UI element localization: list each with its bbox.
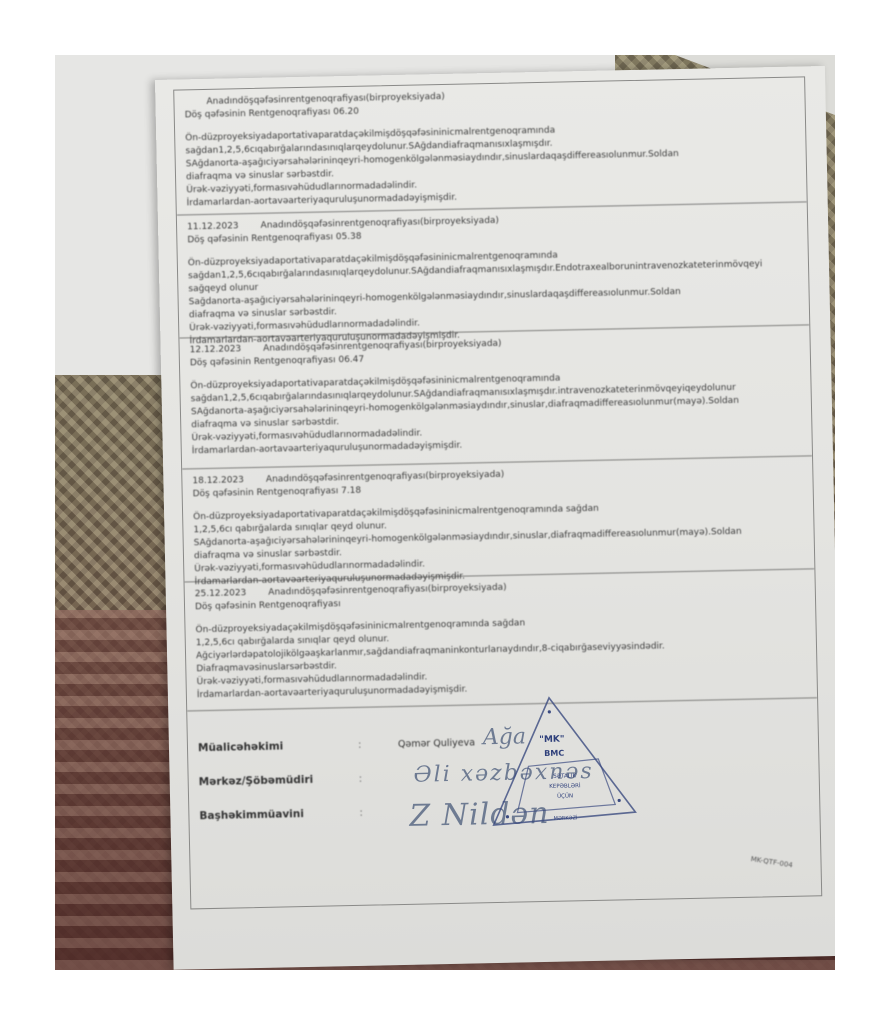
svg-text:BMC: BMC <box>544 749 564 758</box>
xray-entry: 18.12.2023Anadındöşqəfəsinrentgenoqrafiy… <box>182 456 814 582</box>
colon: : <box>358 738 398 751</box>
document-photo: Anadındöşqəfəsinrentgenoqrafiyası(birpro… <box>55 55 835 970</box>
xray-entry: 11.12.2023Anadındöşqəfəsinrentgenoqrafiy… <box>177 202 809 338</box>
xray-entry: Anadındöşqəfəsinrentgenoqrafiyası(birpro… <box>174 77 806 215</box>
xray-entry: 25.12.2023Anadındöşqəfəsinrentgenoqrafiy… <box>185 569 818 711</box>
entry-date: 25.12.2023 <box>195 587 247 601</box>
svg-text:MƏRKƏZİ: MƏRKƏZİ <box>554 814 578 821</box>
report-frame: Anadındöşqəfəsinrentgenoqrafiyası(birpro… <box>173 76 822 909</box>
colon: : <box>359 806 399 819</box>
entry-date: 12.12.2023 <box>190 343 242 357</box>
signatures-section: Müalicəhəkimi : Qəmər Quliyeva Mərkəz/Şö… <box>187 698 821 911</box>
xray-entry: 12.12.2023Anadındöşqəfəsinrentgenoqrafiy… <box>179 325 812 469</box>
entry-date: 11.12.2023 <box>187 220 239 234</box>
colon: : <box>359 772 399 785</box>
triangle-stamp-icon: "MK" BMC SƏTALIK KEPƏBLƏRİ ÜÇÜN MƏRKƏZİ <box>487 692 640 835</box>
signatory-role: Mərkəz/Şöbəmüdiri <box>199 773 359 788</box>
svg-text:KEPƏBLƏRİ: KEPƏBLƏRİ <box>549 782 581 790</box>
signatory-role: Müalicəhəkimi <box>198 739 358 754</box>
medical-report-page: Anadındöşqəfəsinrentgenoqrafiyası(birpro… <box>155 66 835 970</box>
signatory-name: Qəmər Quliyeva <box>398 737 475 750</box>
svg-text:SƏTALIK: SƏTALIK <box>553 773 576 779</box>
entry-date: 18.12.2023 <box>192 474 244 488</box>
svg-text:ÜÇÜN: ÜÇÜN <box>557 792 573 799</box>
signatory-role: Başhəkimmüavini <box>199 807 359 822</box>
svg-text:"MK": "MK" <box>539 735 565 746</box>
